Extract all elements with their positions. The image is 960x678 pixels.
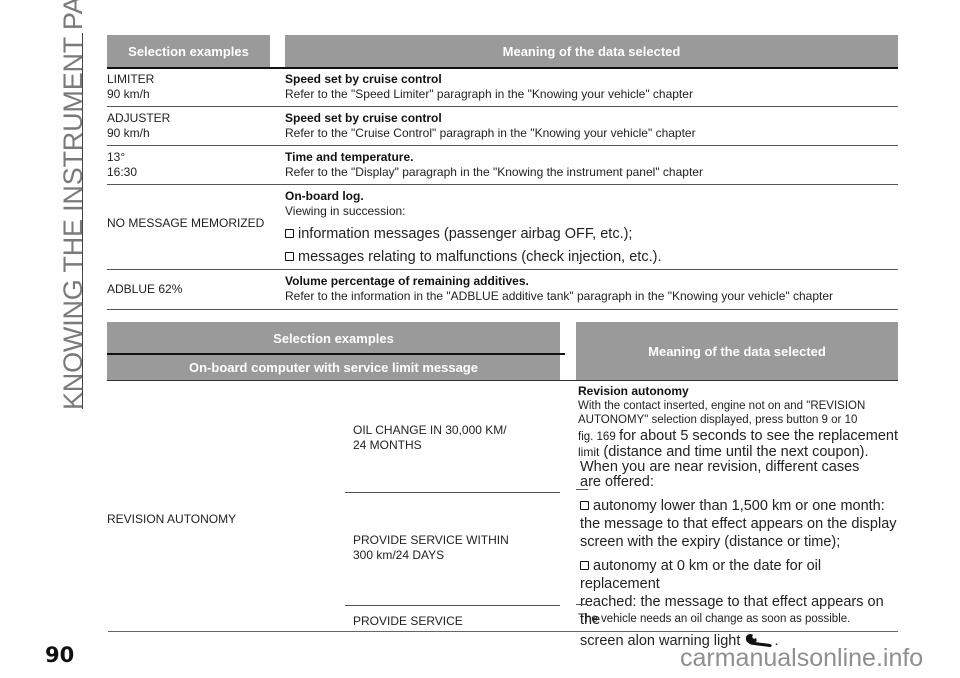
table-row: PROVIDE SERVICE xyxy=(353,614,463,629)
row-divider xyxy=(345,605,560,606)
selection-line: LIMITER xyxy=(107,72,154,87)
table1-header-meaning: Meaning of the data selected xyxy=(285,35,898,67)
bullet-item: information messages (passenger airbag O… xyxy=(285,225,661,243)
table-row: NO MESSAGE MEMORIZED xyxy=(107,216,264,231)
meaning-text: Refer to the "Cruise Control" paragraph … xyxy=(285,126,696,141)
bullet-square-icon xyxy=(580,501,589,510)
bullet-item: messages relating to malfunctions (check… xyxy=(285,248,661,266)
selection-line: NO MESSAGE MEMORIZED xyxy=(107,216,264,231)
table1-header-selection: Selection examples xyxy=(107,35,270,67)
meaning-title: On-board log. xyxy=(285,189,661,204)
bullet-item: autonomy lower than 1,500 km or one mont… xyxy=(578,497,903,551)
chapter-side-title: KNOWING THE INSTRUMENT PANEL xyxy=(58,0,89,410)
bullet-square-icon xyxy=(285,252,294,261)
meaning-text: AUTONOMY" selection displayed, press but… xyxy=(578,413,903,427)
example-line: PROVIDE SERVICE xyxy=(353,614,463,629)
meaning-text: With the contact inserted, engine not on… xyxy=(578,399,903,413)
meaning-text: Refer to the "Speed Limiter" paragraph i… xyxy=(285,87,693,102)
row-divider xyxy=(107,269,898,270)
meaning-title: Volume percentage of remaining additives… xyxy=(285,274,833,289)
bullet-text: autonomy lower than 1,500 km or one mont… xyxy=(593,498,885,514)
row-divider xyxy=(107,309,898,310)
meaning-inline: (distance and time until the next coupon… xyxy=(603,444,868,460)
selection-line: ADBLUE 62% xyxy=(107,282,182,297)
selection-line: 90 km/h xyxy=(107,87,154,102)
table2-header-meaning: Meaning of the data selected xyxy=(576,322,898,380)
service-meaning: The vehicle needs an oil change as soon … xyxy=(578,612,850,627)
selection-line: ADJUSTER xyxy=(107,111,170,126)
row-meaning: Speed set by cruise control Refer to the… xyxy=(285,111,696,141)
watermark: carmanualsonline.info xyxy=(680,644,923,673)
selection-line: 16:30 xyxy=(107,165,137,180)
meaning-text: When you are near revision, different ca… xyxy=(578,460,903,475)
table2-bottom-rule xyxy=(108,631,898,632)
meaning-text: Viewing in succession: xyxy=(285,204,661,219)
table-row: OIL CHANGE IN 30,000 KM/ 24 MONTHS xyxy=(353,423,507,453)
example-line: 24 MONTHS xyxy=(353,438,507,453)
revision-meaning: Revision autonomy With the contact inser… xyxy=(578,384,903,650)
row-meaning: Volume percentage of remaining additives… xyxy=(285,274,833,304)
row-divider xyxy=(107,145,898,146)
meaning-title: Speed set by cruise control xyxy=(285,111,696,126)
row-divider xyxy=(345,492,560,493)
bullet-square-icon xyxy=(580,561,589,570)
bullet-text: messages relating to malfunctions (check… xyxy=(298,249,661,265)
meaning-title: Time and temperature. xyxy=(285,150,703,165)
row-meaning: Speed set by cruise control Refer to the… xyxy=(285,72,693,102)
bullet-text: the message to that effect appears on th… xyxy=(580,515,903,533)
group-label: REVISION AUTONOMY xyxy=(107,512,236,527)
row-divider xyxy=(107,106,898,107)
example-line: 300 km/24 DAYS xyxy=(353,548,509,563)
selection-line: 90 km/h xyxy=(107,126,170,141)
table2-header-rule xyxy=(107,380,898,381)
table-row: ADBLUE 62% xyxy=(107,282,182,297)
table-row: LIMITER 90 km/h xyxy=(107,72,154,102)
divider-tick xyxy=(576,604,588,605)
table-row: 13° 16:30 xyxy=(107,150,137,180)
page-number: 90 xyxy=(45,643,74,667)
table2-subheader: On-board computer with service limit mes… xyxy=(107,355,560,380)
meaning-title: Speed set by cruise control xyxy=(285,72,693,87)
table-row: ADJUSTER 90 km/h xyxy=(107,111,170,141)
bullet-text: information messages (passenger airbag O… xyxy=(298,226,632,242)
side-divider xyxy=(82,33,83,409)
table2-header-selection: Selection examples xyxy=(107,322,560,354)
meaning-inline: for about 5 seconds to see the replaceme… xyxy=(619,428,898,444)
bullet-item: autonomy at 0 km or the date for oil rep… xyxy=(578,557,903,650)
meaning-text: limit (distance and time until the next … xyxy=(578,445,903,460)
meaning-text: Refer to the information in the "ADBLUE … xyxy=(285,289,833,304)
row-meaning: On-board log. Viewing in succession: inf… xyxy=(285,189,661,266)
divider-tick xyxy=(576,489,588,490)
table1-header-rule xyxy=(107,67,898,69)
bullet-square-icon xyxy=(285,229,294,238)
example-line: OIL CHANGE IN 30,000 KM/ xyxy=(353,423,507,438)
selection-line: 13° xyxy=(107,150,137,165)
meaning-text: are offered: xyxy=(578,475,903,490)
bullet-text: screen with the expiry (distance or time… xyxy=(580,533,903,551)
limit-word: limit xyxy=(578,445,599,459)
table-row: PROVIDE SERVICE WITHIN 300 km/24 DAYS xyxy=(353,533,509,563)
meaning-text: fig. 169 for about 5 seconds to see the … xyxy=(578,427,903,445)
row-meaning: Time and temperature. Refer to the "Disp… xyxy=(285,150,703,180)
row-divider xyxy=(107,184,898,185)
fig-ref: fig. 169 xyxy=(578,431,616,443)
meaning-title: Revision autonomy xyxy=(578,384,903,399)
example-line: PROVIDE SERVICE WITHIN xyxy=(353,533,509,548)
meaning-text: Refer to the "Display" paragraph in the … xyxy=(285,165,703,180)
bullet-text: autonomy at 0 km or the date for oil rep… xyxy=(580,558,821,592)
